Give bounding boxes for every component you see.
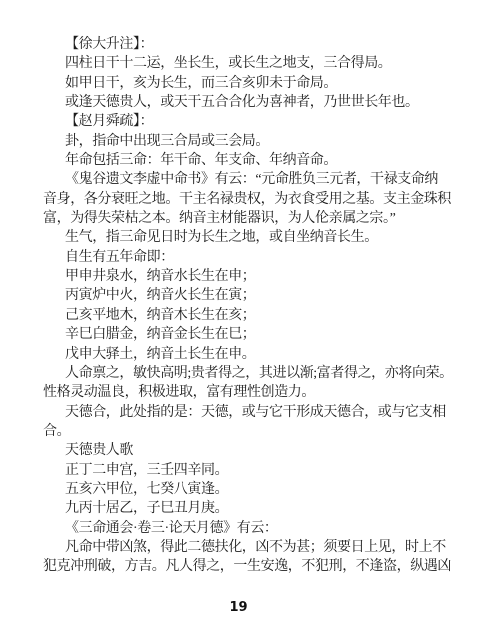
book-page: 【徐大升注】：四柱日干十二运，坐长生，或长生之地支，三合得局。如甲日干，亥为长生… bbox=[0, 0, 477, 642]
text-line: 凡命中带凶煞，得此二德扶化，凶不为甚；须要日上见，时上不 bbox=[43, 538, 443, 557]
text-line: 自生有五年命即： bbox=[43, 248, 443, 267]
text-line: 己亥平地木，纳音木长生在亥； bbox=[43, 306, 443, 325]
text-line: 丙寅炉中火，纳音火长生在寅； bbox=[43, 286, 443, 305]
text-line: 合。 bbox=[43, 422, 443, 441]
text-line: 卦，指命中出现三合局或三会局。 bbox=[43, 132, 443, 151]
text-line: 天德贵人歌 bbox=[43, 441, 443, 460]
text-line: 五亥六甲位，七癸八寅逢。 bbox=[43, 480, 443, 499]
text-line: 辛巳白腊金，纳音金长生在巳； bbox=[43, 325, 443, 344]
text-line: 《三命通会·卷三·论天月德》有云： bbox=[43, 519, 443, 538]
text-line: 天德合，此处指的是：天德，或与它干形成天德合，或与它支相 bbox=[43, 403, 443, 422]
text-line: 正丁二申宫，三壬四辛同。 bbox=[43, 461, 443, 480]
text-line: 性格灵动温良，积极进取，富有理性创造力。 bbox=[43, 383, 443, 402]
text-line: 音身，各分衰旺之地。干主名禄贵权，为衣食受用之基。支主金珠积 bbox=[43, 190, 443, 209]
text-line: 【徐大升注】： bbox=[43, 35, 443, 54]
text-line: 甲申井泉水，纳音水长生在申； bbox=[43, 267, 443, 286]
text-line: 《鬼谷遗文李虚中命书》有云：“元命胜负三元者，干禄支命纳 bbox=[43, 170, 443, 189]
text-line: 戊申大驿土，纳音土长生在申。 bbox=[43, 345, 443, 364]
text-line: 人命禀之，敏快高明;贵者得之，其进以渐;富者得之，亦将向荣。 bbox=[43, 364, 443, 383]
page-number: 19 bbox=[0, 600, 477, 615]
text-line: 四柱日干十二运，坐长生，或长生之地支，三合得局。 bbox=[43, 54, 443, 73]
text-line: 九丙十居乙，子巳丑月庚。 bbox=[43, 499, 443, 518]
text-line: 或逢天德贵人，或天干五合合化为喜神者，乃世世长年也。 bbox=[43, 93, 443, 112]
text-line: 年命包括三命：年干命、年支命、年纳音命。 bbox=[43, 151, 443, 170]
text-line: 如甲日干，亥为长生，而三合亥卯未于命局。 bbox=[43, 74, 443, 93]
document-text: 【徐大升注】：四柱日干十二运，坐长生，或长生之地支，三合得局。如甲日干，亥为长生… bbox=[43, 35, 443, 577]
text-line: 【赵月舜疏】： bbox=[43, 112, 443, 131]
text-line: 富，为得失荣枯之本。纳音主材能器识，为人伦亲属之宗。” bbox=[43, 209, 443, 228]
text-line: 生气，指三命见日时为长生之地，或自坐纳音长生。 bbox=[43, 228, 443, 247]
text-line: 犯克冲刑破，方吉。凡人得之，一生安逸，不犯刑，不逢盗，纵遇凶 bbox=[43, 557, 443, 576]
